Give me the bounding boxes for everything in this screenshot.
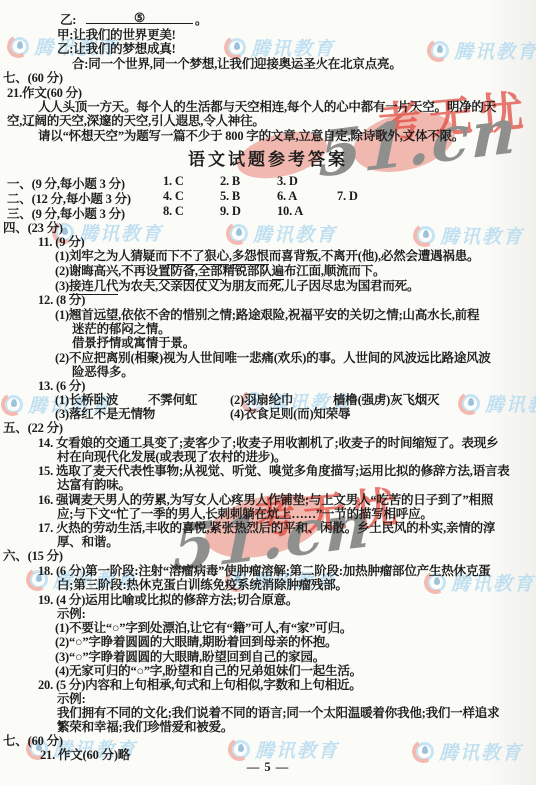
text-line: 21. 作文(60 分)略 — [0, 745, 536, 760]
text-span: 7. D — [337, 189, 358, 204]
text-line: 16. 强调麦天男人的劳累,为写女人心疼男人作铺垫;与上文男人“吃苦的日子到了”… — [0, 490, 536, 505]
text-line: 五、(22 分) — [0, 418, 536, 433]
text-line: 14. 女看娘的交通工具变了;麦客少了;收麦子用收割机了;收麦子的时间缩短了。表… — [0, 433, 536, 448]
text-line: 11. (9 分) — [0, 232, 536, 247]
text-line: 繁荣和幸福;我们珍惜爱和被爱。 — [0, 717, 536, 732]
text-line: 迷茫的郁闷之情。 — [0, 319, 536, 334]
text-span: 3. D — [277, 174, 298, 189]
text-line: 请以“怀想天空”为题写一篇不少于 800 字的文章,立意自定,除诗歌外,文体不限… — [0, 126, 536, 141]
text-span: 语文试题参考答案 — [188, 150, 348, 169]
text-line: 应;与下文“忙了一季的男人,长刺刺躺在炕上……”一节的描写相呼应。 — [0, 504, 536, 519]
text-line: (3)接连几代为农夫,父亲因仗义为朋友而死,儿子因尽忠为国君而死。 — [0, 276, 536, 291]
text-line: 空,辽阔的天空,深邃的天空,引人遐思,令人神往。 — [0, 111, 536, 126]
text-line: 人人头顶一方天。每个人的生活都与天空相连,每个人的心中都有一片天空。明净的天 — [0, 97, 536, 112]
text-span: 2. B — [220, 174, 240, 189]
text-span: — 5 — — [247, 760, 290, 774]
scanned-answer-sheet-page: 考无忧 51.cn 考无忧 51.cn 腾讯教育腾讯教育腾讯教育腾讯教育腾讯教育… — [0, 0, 536, 785]
text-line: (2)不应把离别(相聚)视为人世间唯一悲痛(欢乐)的事。人世间的风波远比路途风波 — [0, 348, 536, 363]
text-line: 合:同一个世界,同一个梦想,让我们迎接奥运圣火在北京点亮。 — [0, 54, 536, 69]
text-line: 一、(9 分,每小题 3 分)1. C2. B3. D — [0, 174, 536, 189]
text-line: 达富有韵味。 — [0, 475, 536, 490]
text-line: 七、(60 分) — [0, 731, 536, 746]
text-line: 17. 火热的劳动生活,丰收的喜悦,紧张热烈后的平和、闲散。乡土民风的朴实,亲情… — [0, 518, 536, 533]
text-line: 乙:让我们的梦想成真! — [0, 39, 536, 54]
text-line: 三、(9 分,每小题 3 分)8. C9. D10. A — [0, 204, 536, 219]
text-span: 请以“怀想天空”为题写一篇不少于 800 字的文章,立意自定,除诗歌外,文体不限… — [38, 126, 464, 144]
text-line: 12. (8 分) — [0, 290, 536, 305]
text-line: 二、(12 分,每小题 3 分)4. C5. B6. A7. D — [0, 189, 536, 204]
blank-circled-number: ⑤ — [134, 11, 145, 25]
text-line: (1)刘牢之为人猜疑而下不了狠心,多怨恨而喜背叛,不离开(他),必然会遭遇祸患。 — [0, 246, 536, 261]
text-line: 险恶得多。 — [0, 362, 536, 377]
text-line: (2)谢晦高兴,不再设置防备,全部精锐部队遍布江面,顺流而下。 — [0, 261, 536, 276]
text-line: 甲:让我们的世界更美! — [0, 25, 536, 40]
document-lines: 乙:⑤。甲:让我们的世界更美!乙:让我们的梦想成真!合:同一个世界,同一个梦想,… — [0, 0, 536, 785]
text-line: 厚、和谐。 — [0, 532, 536, 547]
text-line: 21.作文(60 分) — [0, 83, 536, 98]
text-line: (1)长桥卧波不霁何虹(2)羽扇纶巾樯橹(强虏)灰飞烟灭 — [0, 390, 536, 405]
text-line: (3)落红不是无情物(4)衣食足则(而)知荣辱 — [0, 404, 536, 419]
text-line: 15. 选取了麦天代表性事物;从视觉、听觉、嗅觉多角度描写;运用比拟的修辞方法,… — [0, 461, 536, 476]
text-line: 七、(60 分) — [0, 68, 536, 83]
text-span: 5. B — [220, 189, 240, 204]
text-line: 示例: — [0, 689, 536, 704]
page-number: — 5 — — [0, 760, 536, 775]
text-line: 19. (4 分)运用比喻或比拟的修辞方法;切合原意。 — [0, 590, 536, 605]
text-span: 10. A — [277, 204, 303, 219]
text-line: (4)无家可归的“○”字,盼望和自己的兄弟姐妹们一起生活。 — [0, 661, 536, 676]
text-line: 13. (6 分) — [0, 376, 536, 391]
text-span: ⑤ — [86, 10, 193, 24]
text-span: 1. C — [163, 174, 184, 189]
text-line: (2)“○”字睁着圆圆的大眼睛,期盼着回到母亲的怀抱。 — [0, 632, 536, 647]
page-title: 语文试题参考答案 — [0, 145, 536, 165]
text-line: (1)翘首远望,依依不舍的惜别之情;路途艰险,祝福平安的关切之情;山高水长,前程 — [0, 305, 536, 320]
text-span: 8. C — [163, 204, 184, 219]
text-span: 4. C — [163, 189, 184, 204]
text-line: 18. (6 分)第一阶段:注射“溶瘤病毒”使肿瘤溶解;第二阶段:加热肿瘤部位产… — [0, 561, 536, 576]
text-line: 白;第三阶段:热休克蛋白训练免疫系统消除肿瘤残部。 — [0, 575, 536, 590]
text-line: 示例: — [0, 604, 536, 619]
text-line: (1)不要让“○”字到处漂泊,让它有“籍”可人,有“家”可归。 — [0, 618, 536, 633]
text-line: 我们拥有不同的文化;我们说着不同的语言;同一个太阳温暖着你我他;我们一样追求 — [0, 703, 536, 718]
text-line: 村在向现代化发展(或表现了农村的进步)。 — [0, 447, 536, 462]
text-line: 乙:⑤。 — [0, 10, 536, 25]
text-span: 6. A — [277, 189, 297, 204]
text-line: (3)“○”字睁着圆圆的大眼睛,盼望回到自己的家园。 — [0, 647, 536, 662]
text-line: 四、(23 分) — [0, 218, 536, 233]
text-line: 20. (5 分)内容和上句相承,句式和上句相似,字数和上句相近。 — [0, 675, 536, 690]
text-line: 借景抒情或寓情于景。 — [0, 333, 536, 348]
text-line: 六、(15 分) — [0, 546, 536, 561]
text-span: 9. D — [220, 204, 241, 219]
